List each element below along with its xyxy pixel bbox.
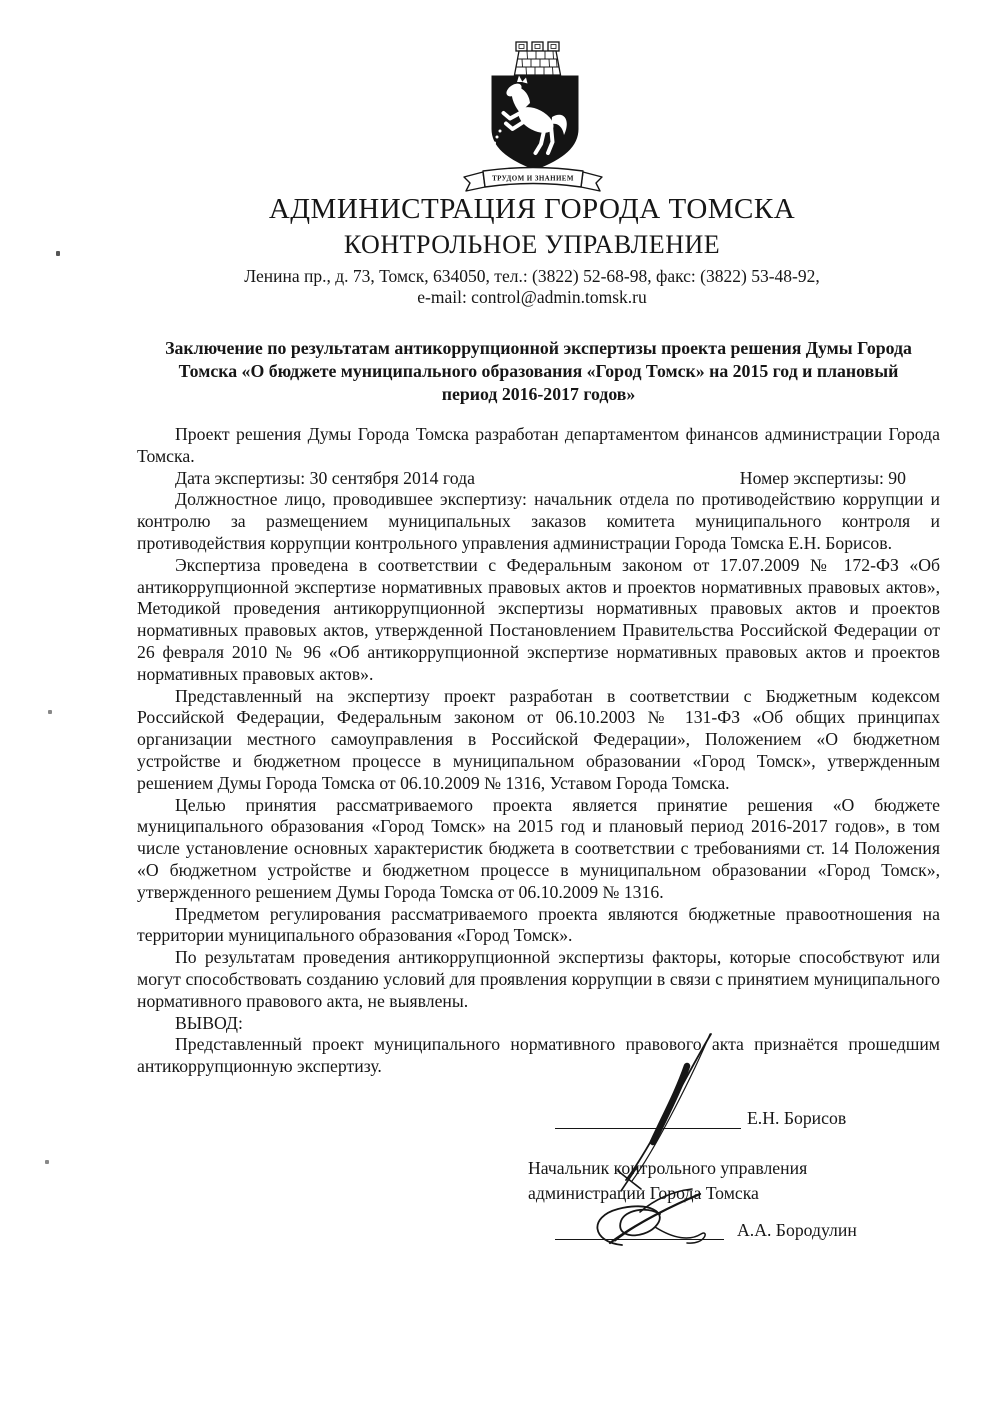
signatory-name-borodulin: А.А. Бородулин — [737, 1220, 857, 1241]
paragraph: Представленный на экспертизу проект разр… — [137, 686, 940, 795]
organization-name: АДМИНИСТРАЦИЯ ГОРОДА ТОМСКА — [64, 192, 1000, 226]
signatory-post-line-2: администрации Города Томска — [528, 1183, 759, 1204]
document-body: Проект решения Думы Города Томска разраб… — [137, 424, 940, 1078]
scan-speckle — [56, 251, 60, 256]
address-line: Ленина пр., д. 73, Томск, 634050, тел.: … — [64, 266, 1000, 287]
signature-line-borodulin — [555, 1239, 724, 1240]
title-line-2: Томска «О бюджете муниципального образов… — [137, 360, 940, 383]
email-line: e-mail: control@admin.tomsk.ru — [64, 287, 1000, 308]
paragraph: Экспертиза проведена в соответствии с Фе… — [137, 555, 940, 686]
signatory-post-line-1: Начальник контрольного управления — [528, 1158, 807, 1179]
shield-icon — [491, 76, 578, 170]
signatory-name-borisov: Е.Н. Борисов — [747, 1108, 846, 1129]
scan-speckle — [48, 710, 52, 714]
signature-line-borisov — [555, 1128, 741, 1129]
title-line-3: период 2016-2017 годов» — [137, 383, 940, 406]
scanned-document-page: ТРУДОМ И ЗНАНИЕМ АДМИНИСТРАЦИЯ ГОРОДА ТО… — [0, 0, 1000, 1407]
motto-text: ТРУДОМ И ЗНАНИЕМ — [492, 175, 574, 183]
conclusion-paragraph: Представленный проект муниципального нор… — [137, 1034, 940, 1078]
tomsk-coat-of-arms: ТРУДОМ И ЗНАНИЕМ — [448, 36, 618, 198]
expertise-number: Номер экспертизы: 90 — [740, 468, 906, 490]
paragraph: Должностное лицо, проводившее экспертизу… — [137, 489, 940, 554]
mural-crown-icon — [515, 42, 561, 75]
department-name: КОНТРОЛЬНОЕ УПРАВЛЕНИЕ — [64, 230, 1000, 260]
paragraph: По результатам проведения антикоррупцион… — [137, 947, 940, 1012]
paragraph: Предметом регулирования рассматриваемого… — [137, 904, 940, 948]
scan-speckle — [45, 1160, 49, 1164]
expertise-meta-row: Дата экспертизы: 30 сентября 2014 года Н… — [137, 468, 940, 490]
paragraph: Целью принятия рассматриваемого проекта … — [137, 795, 940, 904]
document-title: Заключение по результатам антикоррупцион… — [137, 337, 940, 406]
letterhead: АДМИНИСТРАЦИЯ ГОРОДА ТОМСКА КОНТРОЛЬНОЕ … — [64, 192, 1000, 308]
expertise-date: Дата экспертизы: 30 сентября 2014 года — [175, 468, 475, 490]
title-line-1: Заключение по результатам антикоррупцион… — [137, 337, 940, 360]
paragraph: Проект решения Думы Города Томска разраб… — [137, 424, 940, 468]
conclusion-heading: ВЫВОД: — [137, 1013, 940, 1035]
motto-ribbon: ТРУДОМ И ЗНАНИЕМ — [464, 168, 602, 192]
